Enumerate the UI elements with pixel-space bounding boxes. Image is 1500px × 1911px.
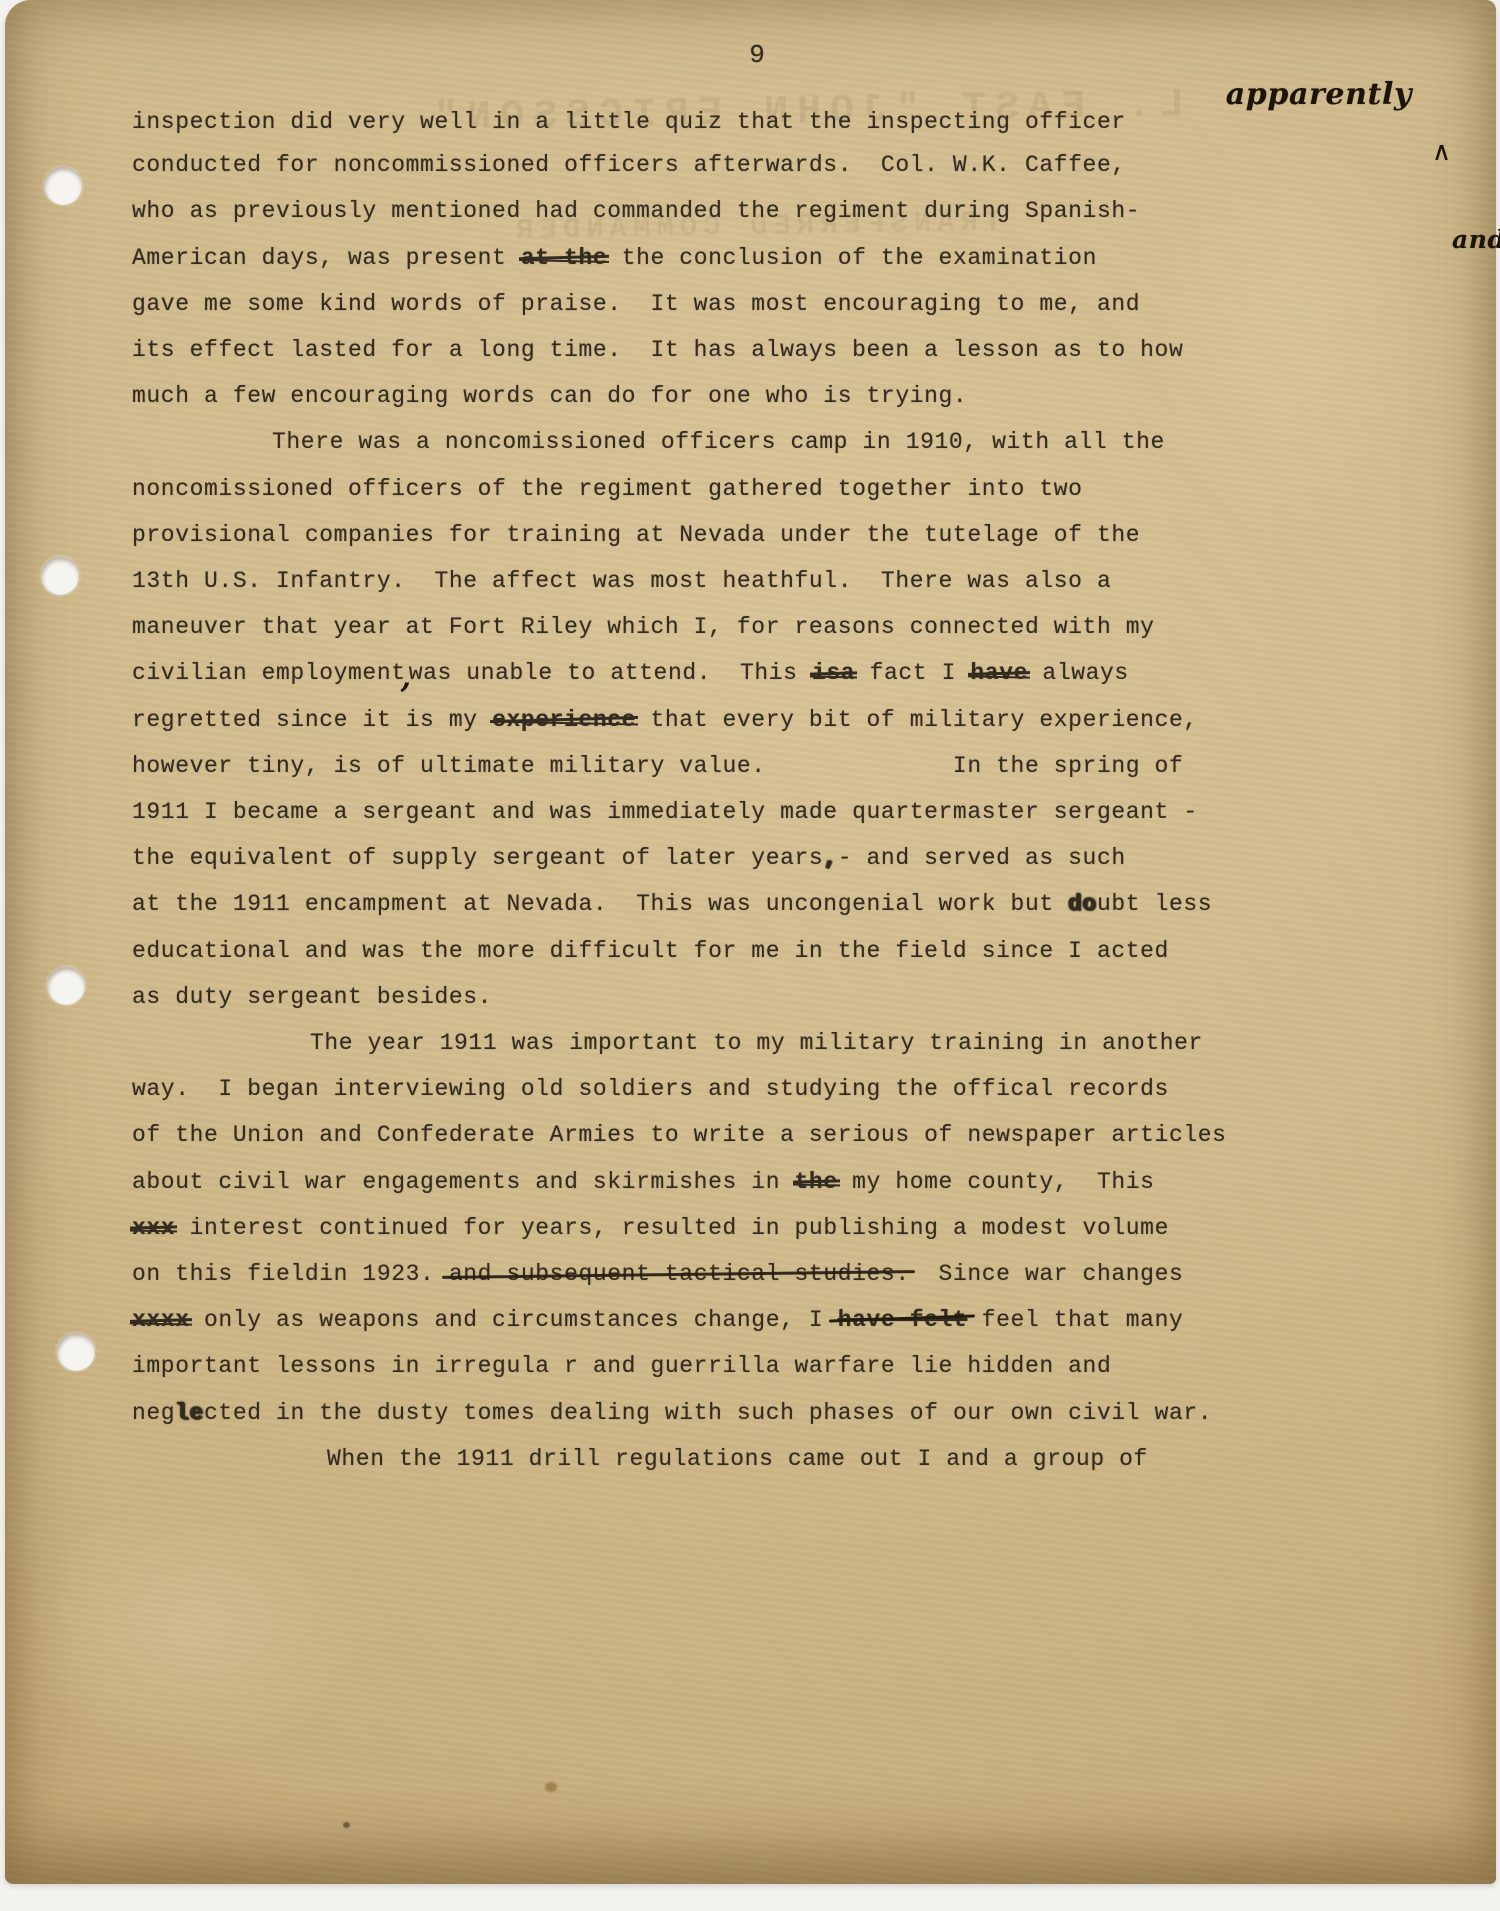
handwritten-annotation: apparently [1226, 77, 1412, 112]
typed-text: inspection did very well in a little qui… [132, 109, 1126, 135]
typed-text: When the 1911 drill regulations came out… [327, 1446, 1148, 1472]
typed-text: however tiny, is of ultimate military va… [132, 753, 1183, 779]
typed-text: Since war changes [910, 1261, 1184, 1287]
typed-line: gave me some kind words of praise. It wa… [132, 289, 1140, 319]
typed-strikeout: at the [521, 245, 607, 271]
typed-text: at the 1911 encampment at Nevada. This w… [132, 891, 1068, 917]
punch-hole [44, 167, 82, 205]
typed-text: educational and was the more difficult f… [132, 938, 1169, 964]
typed-line: important lessons in irregula r and guer… [132, 1351, 1111, 1381]
typed-text: always [1028, 660, 1129, 686]
typed-line: inspection did very well in a little qui… [132, 104, 1332, 137]
typed-line: regretted since it is my experience that… [132, 705, 1368, 735]
punch-hole [41, 557, 79, 595]
typed-text: way. I began interviewing old soldiers a… [132, 1076, 1169, 1102]
typed-line: maneuver that year at Fort Riley which I… [132, 612, 1155, 642]
typed-line: about civil war engagements and skirmish… [132, 1167, 1155, 1197]
caret-mark: ∧ [1432, 137, 1452, 167]
typed-line: provisional companies for training at Ne… [132, 520, 1140, 550]
typed-line: neglected in the dusty tomes dealing wit… [132, 1398, 1212, 1428]
typed-text: the conclusion of the examination [607, 245, 1097, 271]
typed-line: way. I began interviewing old soldiers a… [132, 1074, 1169, 1104]
typed-text: gave me some kind words of praise. It wa… [132, 291, 1140, 317]
typed-text: civilian employment [132, 660, 406, 686]
typed-text: about civil war engagements and skirmish… [132, 1169, 795, 1195]
punch-hole [47, 967, 85, 1005]
typed-strikeout: experience [492, 707, 636, 733]
typed-line: on this fieldin 1923. and subsequent tac… [132, 1259, 1183, 1289]
typed-text: American days, was present [132, 245, 521, 271]
typed-line: educational and was the more difficult f… [132, 936, 1169, 966]
typed-text: 13th U.S. Infantry. The affect was most … [132, 568, 1111, 594]
typed-line: American days, was present at the the co… [132, 243, 1189, 273]
typed-text: the equivalent of supply sergeant of lat… [132, 845, 823, 871]
typed-strikeout: isa [812, 660, 855, 686]
typed-text: of the Union and Confederate Armies to w… [132, 1122, 1227, 1148]
typed-line: as duty sergeant besides. [132, 982, 492, 1012]
punch-hole [57, 1333, 95, 1371]
typed-line: 13th U.S. Infantry. The affect was most … [132, 566, 1138, 596]
typed-text: on this fieldin 1923. [132, 1261, 449, 1287]
typed-text: that every bit of military experience, [636, 707, 1198, 733]
typed-text: much a few encouraging words can do for … [132, 383, 967, 409]
typed-line: There was a noncomissioned officers camp… [272, 427, 1165, 457]
typed-line: much a few encouraging words can do for … [132, 381, 967, 411]
typed-strikeout: xxx [132, 1215, 175, 1241]
typed-line: 1911 I became a sergeant and was immedia… [132, 797, 1198, 827]
typed-text: interest continued for years, resulted i… [175, 1215, 1169, 1241]
typed-line: xxxx only as weapons and circumstances c… [132, 1305, 1183, 1335]
typed-text: There was a noncomissioned officers camp… [272, 429, 1165, 455]
typed-text: my home county, This [838, 1169, 1155, 1195]
typed-strikeout: xxxx [132, 1307, 190, 1333]
typed-line: its effect lasted for a long time. It ha… [132, 335, 1183, 365]
typed-text: who as previously mentioned had commande… [132, 198, 1140, 224]
typed-text: important lessons in irregula r and guer… [132, 1353, 1111, 1379]
typed-line: the equivalent of supply sergeant of lat… [132, 843, 1126, 873]
typed-line: who as previously mentioned had commande… [132, 196, 1140, 226]
typed-text: maneuver that year at Fort Riley which I… [132, 614, 1155, 640]
typed-line: however tiny, is of ultimate military va… [132, 751, 1183, 781]
typed-line: The year 1911 was important to my milita… [310, 1028, 1203, 1058]
typed-text: regretted since it is my [132, 707, 492, 733]
typescript: inspection did very well in a little qui… [5, 0, 1496, 1884]
typed-text: 1911 I became a sergeant and was immedia… [132, 799, 1198, 825]
ink-scribble: le [175, 1400, 204, 1426]
typed-strikeout: the [795, 1169, 838, 1195]
typed-text: - and served as such [838, 845, 1126, 871]
typed-line: noncomissioned officers of the regiment … [132, 474, 1083, 504]
ink-scribble: , [823, 845, 837, 871]
hand-strikeout: and subsequent tactical studies. [449, 1261, 910, 1287]
typed-text: noncomissioned officers of the regiment … [132, 476, 1083, 502]
typed-text: only as weapons and circumstances change… [190, 1307, 838, 1333]
typed-strikeout: have [970, 660, 1028, 686]
typed-text: cted in the dusty tomes dealing with suc… [204, 1400, 1212, 1426]
typed-text: feel that many [967, 1307, 1183, 1333]
typed-text: was unable to attend. This [409, 660, 812, 686]
typed-text: fact I [855, 660, 970, 686]
typed-line: conducted for noncommissioned officers a… [132, 150, 1126, 180]
typed-text: neg [132, 1400, 175, 1426]
double-strikeout: have felt [838, 1307, 968, 1333]
typed-text: its effect lasted for a long time. It ha… [132, 337, 1183, 363]
typed-text: The year 1911 was important to my milita… [310, 1030, 1203, 1056]
typed-line: civilian employment,was unable to attend… [132, 658, 1129, 688]
typed-text: conducted for noncommissioned officers a… [132, 152, 1126, 178]
typed-text: provisional companies for training at Ne… [132, 522, 1140, 548]
typed-line: xxx interest continued for years, result… [132, 1213, 1169, 1243]
typed-text: ubt less [1097, 891, 1212, 917]
ink-scribble: do [1068, 891, 1097, 917]
typed-line: at the 1911 encampment at Nevada. This w… [132, 889, 1212, 919]
typed-line: of the Union and Confederate Armies to w… [132, 1120, 1227, 1150]
paper-sheet: L. EAST "JOHN ERICSSON" TRANSFERRED COMM… [5, 0, 1496, 1884]
handwritten-annotation: and at [1452, 225, 1500, 254]
scanned-page: L. EAST "JOHN ERICSSON" TRANSFERRED COMM… [0, 0, 1500, 1911]
typed-line: When the 1911 drill regulations came out… [327, 1444, 1148, 1474]
typed-text: as duty sergeant besides. [132, 984, 492, 1010]
